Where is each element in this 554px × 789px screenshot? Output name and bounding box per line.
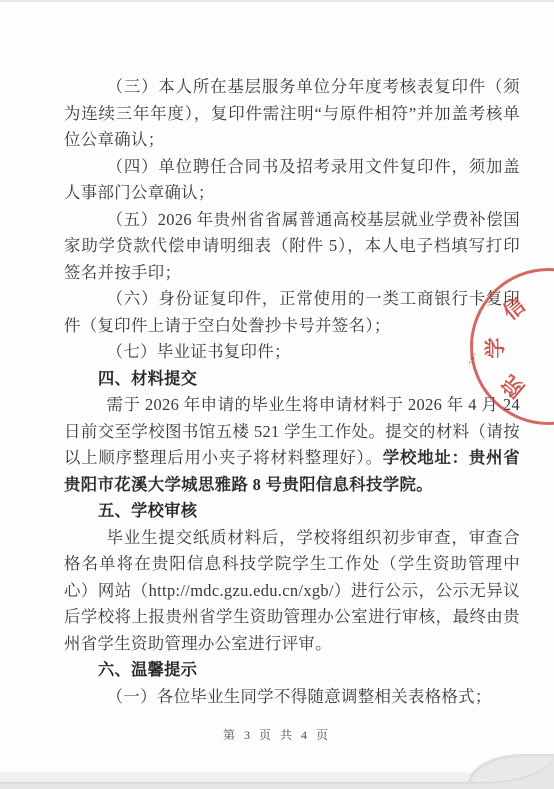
paragraph-materials-submission: 需于 2026 年申请的毕业生将申请材料于 2026 年 4 月 24 日前交至… (64, 392, 520, 498)
section-heading-school-review: 五、学校审核 (64, 498, 520, 525)
paragraph-item-4: （四）单位聘任合同书及招考录用文件复印件，须加盖人事部门公章确认； (64, 154, 520, 207)
section-heading-materials: 四、材料提交 (64, 366, 520, 393)
document-page: （三）本人所在基层服务单位分年度考核表复印件（须为连续三年年度），复印件需注明“… (0, 2, 554, 782)
page-curl (468, 754, 554, 782)
paragraph-item-7: （七）毕业证书复印件； (64, 339, 520, 366)
paragraph-item-5: （五）2026 年贵州省省属普通高校基层就业学费补偿国家助学贷款代偿申请明细表（… (64, 207, 520, 287)
scan-background: （三）本人所在基层服务单位分年度考核表复印件（须为连续三年年度），复印件需注明“… (0, 0, 554, 789)
paragraph-item-6: （六）身份证复印件，正常使用的一类工商银行卡复印件（复印件上请于空白处誊抄卡号并… (64, 286, 520, 339)
paragraph-tip-1: （一）各位毕业生同学不得随意调整相关表格格式； (64, 684, 520, 711)
page-number: 第 3 页 共 4 页 (0, 726, 554, 743)
paragraph-item-3: （三）本人所在基层服务单位分年度考核表复印件（须为连续三年年度），复印件需注明“… (64, 74, 520, 154)
document-body: （三）本人所在基层服务单位分年度考核表复印件（须为连续三年年度），复印件需注明“… (64, 74, 520, 710)
paragraph-school-review: 毕业生提交纸质材料后，学校将组织初步审查，审查合格名单将在贵阳信息科技学院学生工… (64, 525, 520, 658)
section-heading-tips: 六、温馨提示 (64, 657, 520, 684)
